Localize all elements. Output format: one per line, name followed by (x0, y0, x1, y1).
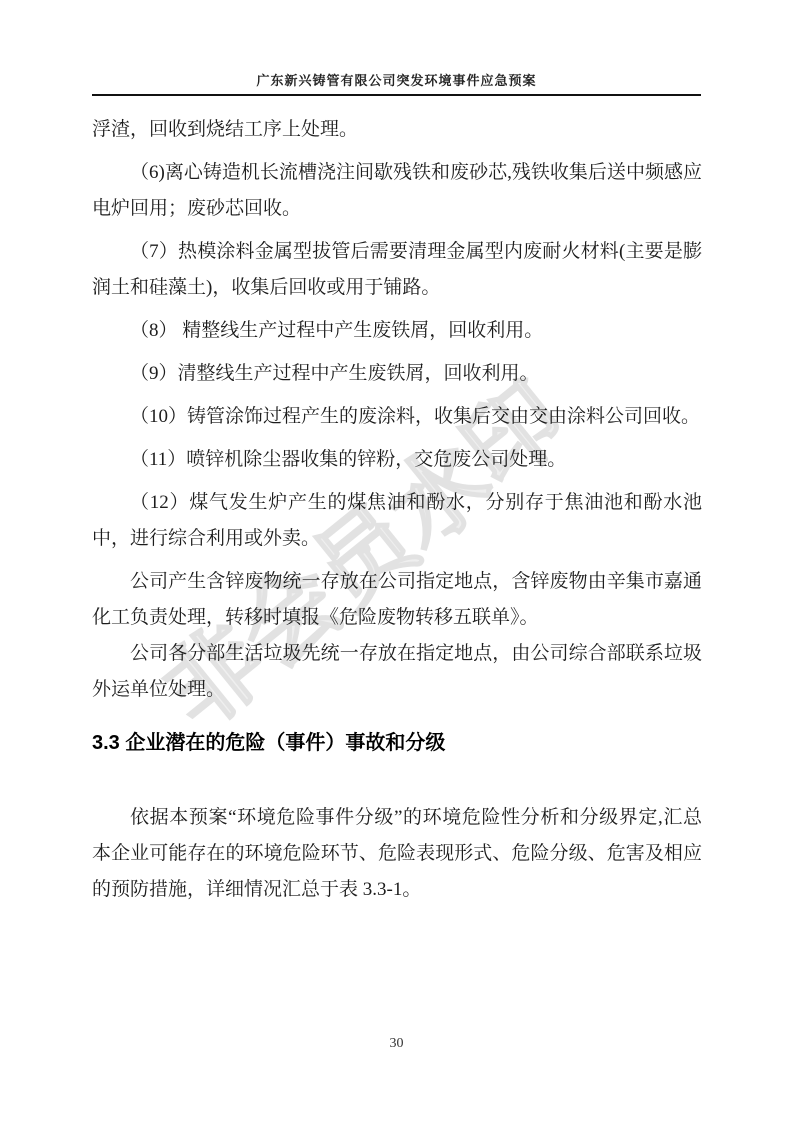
body-paragraph: 浮渣，回收到烧结工序上处理。 (92, 112, 702, 148)
page-header: 广东新兴铸管有限公司突发环境事件应急预案 (92, 70, 701, 96)
page-footer: 30 (0, 1034, 793, 1052)
page-number: 30 (390, 1036, 404, 1051)
body-paragraph: （9）清整线生产过程中产生废铁屑，回收利用。 (92, 356, 702, 392)
body-paragraph: （7）热模涂料金属型拔管后需要清理金属型内废耐火材料(主要是膨润土和硅藻土)，收… (92, 234, 702, 306)
body-paragraph: 依据本预案“环境危险事件分级”的环境危险性分析和分级界定,汇总本企业可能存在的环… (92, 800, 702, 908)
body-paragraph: （12）煤气发生炉产生的煤焦油和酚水，分别存于焦油池和酚水池中，进行综合利用或外… (92, 485, 702, 557)
body-paragraph: （6)离心铸造机长流槽浇注间歇残铁和废砂芯,残铁收集后送中频感应电炉回用；废砂芯… (92, 155, 702, 227)
body-paragraph: （10）铸管涂饰过程产生的废涂料，收集后交由交由涂料公司回收。 (92, 399, 702, 435)
document-page: 广东新兴铸管有限公司突发环境事件应急预案 非会员水印 浮渣，回收到烧结工序上处理… (0, 0, 793, 1122)
document-body: 浮渣，回收到烧结工序上处理。 （6)离心铸造机长流槽浇注间歇残铁和废砂芯,残铁收… (92, 112, 702, 915)
section-heading: 3.3 企业潜在的危险（事件）事故和分级 (92, 728, 702, 758)
body-paragraph: 公司各分部生活垃圾先统一存放在指定地点，由公司综合部联系垃圾外运单位处理。 (92, 636, 702, 708)
header-title: 广东新兴铸管有限公司突发环境事件应急预案 (92, 70, 701, 89)
body-paragraph: （8） 精整线生产过程中产生废铁屑，回收利用。 (92, 313, 702, 349)
body-paragraph: （11）喷锌机除尘器收集的锌粉，交危废公司处理。 (92, 442, 702, 478)
body-paragraph: 公司产生含锌废物统一存放在公司指定地点，含锌废物由辛集市嘉通化工负责处理，转移时… (92, 564, 702, 636)
